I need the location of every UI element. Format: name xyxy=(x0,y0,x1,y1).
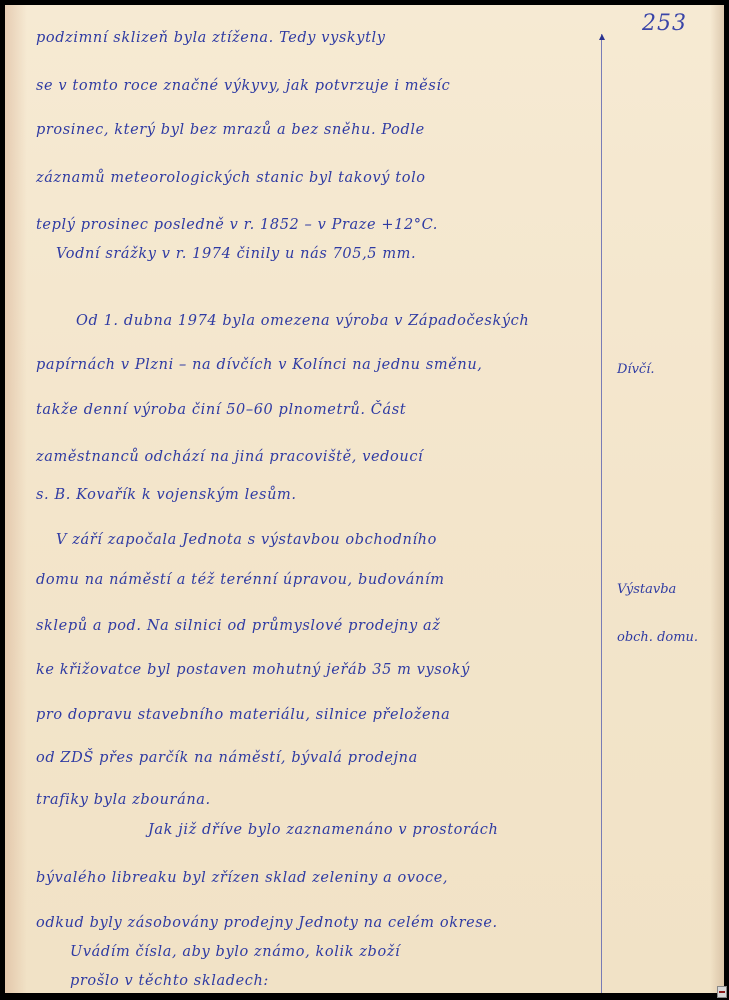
handwritten-line: teplý prosinec posledně v r. 1852 – v Pr… xyxy=(36,217,438,233)
handwritten-line: prošlo v těchto skladech: xyxy=(70,973,269,989)
handwritten-line: V září započala Jednota s výstavbou obch… xyxy=(56,532,437,548)
margin-note: obch. domu. xyxy=(617,630,698,645)
handwritten-line: papírnách v Plzni – na dívčích v Kolínci… xyxy=(36,357,483,373)
handwritten-line: domu na náměstí a též terénní úpravou, b… xyxy=(36,572,445,588)
page-number: 253 xyxy=(642,11,687,36)
handwritten-line: takže denní výroba činí 50–60 plnometrů.… xyxy=(36,402,406,418)
handwritten-line: trafiky byla zbourána. xyxy=(36,792,211,808)
handwritten-line: odkud byly zásobovány prodejny Jednoty n… xyxy=(36,915,498,931)
handwritten-line: Jak již dříve bylo zaznamenáno v prostor… xyxy=(148,822,498,838)
chronicle-page: 253 podzimní sklizeň byla ztížena. Tedy … xyxy=(5,5,724,993)
handwritten-line: s. B. Kovařík k vojenským lesům. xyxy=(36,487,297,503)
handwritten-line: pro dopravu stavebního materiálu, silnic… xyxy=(36,707,450,723)
minimize-icon[interactable] xyxy=(717,986,727,998)
margin-note: Výstavba xyxy=(617,582,676,597)
handwritten-line: prosinec, který byl bez mrazů a bez sněh… xyxy=(36,122,425,138)
handwritten-line: se v tomto roce značné výkyvy, jak potvr… xyxy=(36,78,450,94)
handwritten-line: záznamů meteorologických stanic byl tako… xyxy=(36,170,426,186)
margin-rule-arrow-icon xyxy=(599,34,605,40)
handwritten-line: od ZDŠ přes parčík na náměstí, bývalá pr… xyxy=(36,750,418,766)
handwritten-line: sklepů a pod. Na silnici od průmyslové p… xyxy=(36,618,440,634)
handwritten-line: Vodní srážky v r. 1974 činily u nás 705,… xyxy=(56,246,416,262)
handwritten-line: bývalého libreaku byl zřízen sklad zelen… xyxy=(36,870,448,886)
handwritten-line: zaměstnanců odchází na jiná pracoviště, … xyxy=(36,449,423,465)
handwritten-line: podzimní sklizeň byla ztížena. Tedy vysk… xyxy=(36,30,386,46)
handwritten-line: Uvádím čísla, aby bylo známo, kolik zbož… xyxy=(70,944,400,960)
margin-rule xyxy=(601,34,602,993)
handwritten-line: ke křižovatce byl postaven mohutný jeřáb… xyxy=(36,662,470,678)
margin-note: Dívčí. xyxy=(617,362,655,377)
handwritten-line: Od 1. dubna 1974 byla omezena výroba v Z… xyxy=(76,313,529,329)
